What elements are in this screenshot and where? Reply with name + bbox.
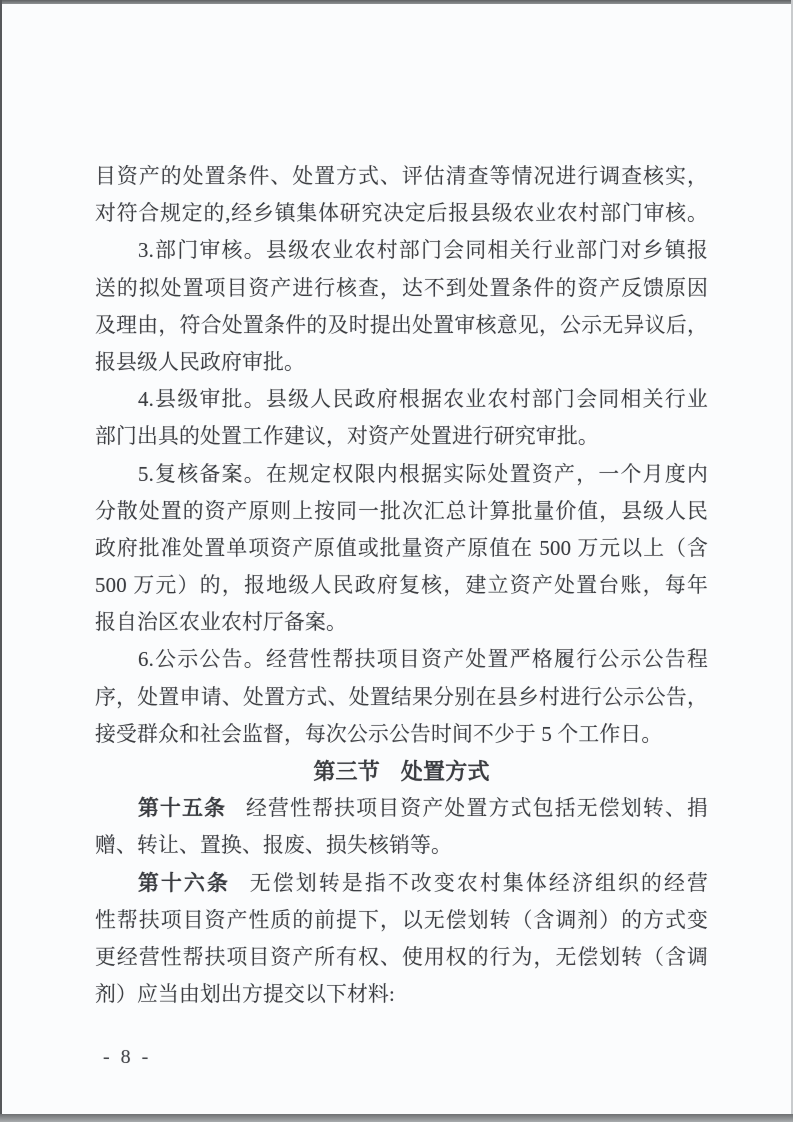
line-text: 5.复核备案。在规定权限内根据实际处置资产，一个月度内: [138, 463, 708, 486]
article-number: 第十五条: [138, 797, 226, 820]
scan-edge-left: [0, 0, 2, 1122]
scan-edge-bottom: [0, 1114, 793, 1122]
body-text: 目资产的处置条件、处置方式、评估清查等情况进行调查核实，对符合规定的,经乡镇集体…: [95, 158, 708, 1013]
text-line: 序，处置申请、处置方式、处置结果分别在县乡村进行公示公告，: [95, 679, 708, 716]
text-line: 对符合规定的,经乡镇集体研究决定后报县级农业农村部门审核。: [95, 195, 708, 232]
line-text: 报县级人民政府审批。: [95, 351, 305, 374]
article-number: 第十六条: [138, 872, 230, 895]
line-text: 500 万元）的，报地级人民政府复核，建立资产处置台账，每年: [95, 574, 708, 597]
text-line: 4.县级审批。县级人民政府根据农业农村部门会同相关行业: [95, 381, 708, 418]
line-text: 接受群众和社会监督，每次公示公告时间不少于 5 个工作日。: [95, 723, 662, 746]
scanned-document-page: 目资产的处置条件、处置方式、评估清查等情况进行调查核实，对符合规定的,经乡镇集体…: [0, 0, 793, 1122]
text-line: 接受群众和社会监督，每次公示公告时间不少于 5 个工作日。: [95, 716, 708, 753]
text-line: 送的拟处置项目资产进行核查，达不到处置条件的资产反馈原因: [95, 270, 708, 307]
line-text: 3.部门审核。县级农业农村部门会同相关行业部门对乡镇报: [138, 239, 708, 262]
section-heading: 第三节处置方式: [95, 753, 708, 790]
text-line: 第十六条无偿划转是指不改变农村集体经济组织的经营: [95, 865, 708, 902]
line-text: 赠、转让、置换、报废、损失核销等。: [95, 834, 452, 857]
text-line: 目资产的处置条件、处置方式、评估清查等情况进行调查核实，: [95, 158, 708, 195]
text-line: 报自治区农业农村厅备案。: [95, 604, 708, 641]
line-text: 更经营性帮扶项目资产所有权、使用权的行为，无偿划转（含调: [95, 946, 708, 969]
page-number: - 8 -: [103, 1046, 151, 1069]
line-text: 序，处置申请、处置方式、处置结果分别在县乡村进行公示公告，: [95, 686, 708, 709]
text-line: 第十五条经营性帮扶项目资产处置方式包括无偿划转、捐: [95, 790, 708, 827]
text-line: 3.部门审核。县级农业农村部门会同相关行业部门对乡镇报: [95, 232, 708, 269]
text-line: 政府批准处置单项资产原值或批量资产原值在 500 万元以上（含: [95, 530, 708, 567]
text-line: 5.复核备案。在规定权限内根据实际处置资产，一个月度内: [95, 456, 708, 493]
line-text: 及理由，符合处置条件的及时提出处置审核意见，公示无异议后，: [95, 314, 708, 337]
section-heading-label: 第三节: [313, 759, 380, 784]
text-line: 性帮扶项目资产性质的前提下，以无偿划转（含调剂）的方式变: [95, 902, 708, 939]
text-line: 更经营性帮扶项目资产所有权、使用权的行为，无偿划转（含调: [95, 939, 708, 976]
text-line: 报县级人民政府审批。: [95, 344, 708, 381]
line-text: 部门出具的处置工作建议，对资产处置进行研究审批。: [95, 425, 599, 448]
text-line: 部门出具的处置工作建议，对资产处置进行研究审批。: [95, 418, 708, 455]
text-line: 分散处置的资产原则上按同一批次汇总计算批量价值，县级人民: [95, 493, 708, 530]
line-text: 无偿划转是指不改变农村集体经济组织的经营: [250, 872, 708, 895]
line-text: 报自治区农业农村厅备案。: [95, 611, 347, 634]
line-text: 6.公示公告。经营性帮扶项目资产处置严格履行公示公告程: [138, 648, 708, 671]
line-text: 政府批准处置单项资产原值或批量资产原值在 500 万元以上（含: [95, 537, 708, 560]
line-text: 对符合规定的,经乡镇集体研究决定后报县级农业农村部门审核。: [95, 202, 708, 225]
text-line: 剂）应当由划出方提交以下材料:: [95, 976, 708, 1013]
text-line: 6.公示公告。经营性帮扶项目资产处置严格履行公示公告程: [95, 641, 708, 678]
line-text: 4.县级审批。县级人民政府根据农业农村部门会同相关行业: [138, 388, 708, 411]
line-text: 送的拟处置项目资产进行核查，达不到处置条件的资产反馈原因: [95, 277, 708, 300]
text-line: 500 万元）的，报地级人民政府复核，建立资产处置台账，每年: [95, 567, 708, 604]
scan-edge-top: [0, 0, 793, 4]
line-text: 目资产的处置条件、处置方式、评估清查等情况进行调查核实，: [95, 165, 708, 188]
text-line: 及理由，符合处置条件的及时提出处置审核意见，公示无异议后，: [95, 307, 708, 344]
line-text: 剂）应当由划出方提交以下材料:: [95, 983, 395, 1006]
text-line: 赠、转让、置换、报废、损失核销等。: [95, 827, 708, 864]
line-text: 经营性帮扶项目资产处置方式包括无偿划转、捐: [246, 797, 708, 820]
line-text: 性帮扶项目资产性质的前提下，以无偿划转（含调剂）的方式变: [95, 909, 708, 932]
line-text: 分散处置的资产原则上按同一批次汇总计算批量价值，县级人民: [95, 500, 708, 523]
section-heading-title: 处置方式: [401, 759, 490, 784]
